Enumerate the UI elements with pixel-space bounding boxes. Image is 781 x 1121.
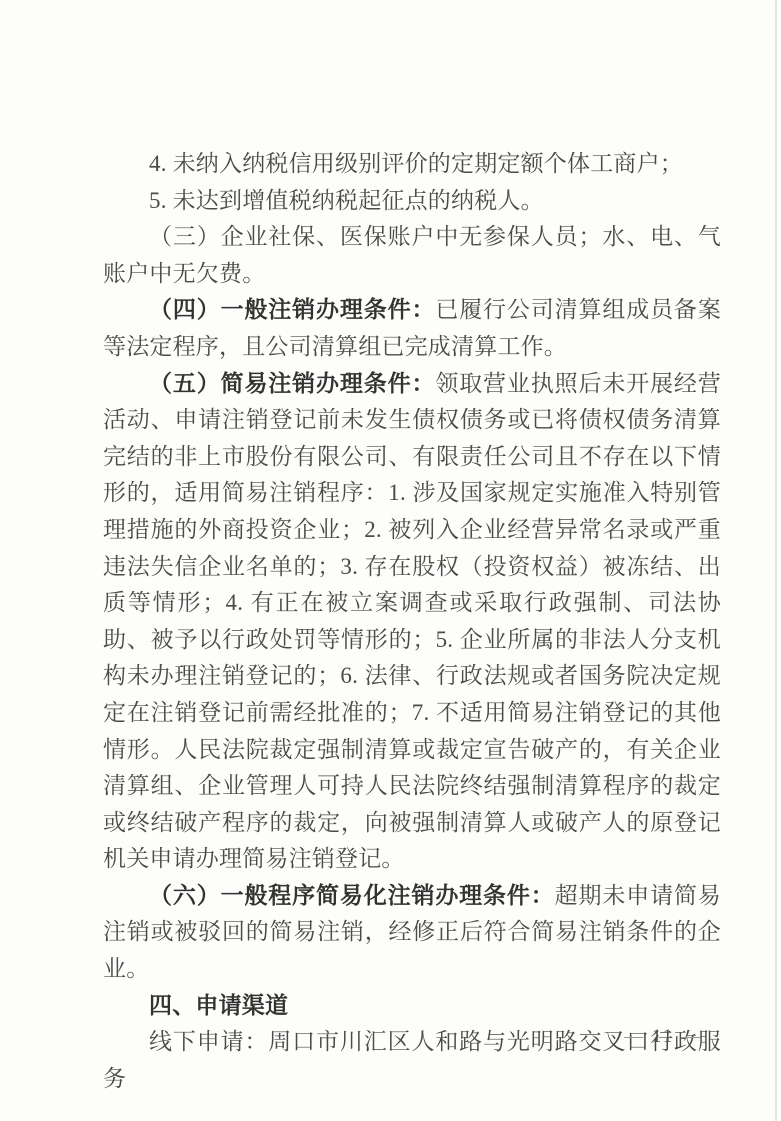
paragraph: （四）一般注销办理条件：已履行公司清算组成员备案等法定程序，且公司清算组已完成清… <box>103 292 721 365</box>
paragraph: （五）简易注销办理条件：领取营业执照后未开展经营活动、申请注销登记前未发生债权债… <box>103 366 721 878</box>
page-number-dash-left: — <box>624 1026 645 1047</box>
document-page: 4. 未纳入纳税信用级别评价的定期定额个体工商户；5. 未达到增值税纳税起征点的… <box>0 0 781 1121</box>
paragraph: 5. 未达到增值税纳税起征点的纳税人。 <box>103 183 721 220</box>
paragraph-lead-bold: 四、申请渠道 <box>149 993 288 1018</box>
paragraph-text: 5. 未达到增值税纳税起征点的纳税人。 <box>149 188 544 213</box>
page-number-value: 11 <box>652 1026 674 1047</box>
paragraph: （六）一般程序简易化注销办理条件：超期未申请简易注销或被驳回的简易注销，经修正后… <box>103 878 721 988</box>
paragraph-text: 领取营业执照后未开展经营活动、申请注销登记前未发生债权债务或已将债权债务清算完结… <box>103 371 721 872</box>
paragraph-text: （三）企业社保、医保账户中无参保人员；水、电、气账户中无欠费。 <box>103 224 721 286</box>
paragraph: 4. 未纳入纳税信用级别评价的定期定额个体工商户； <box>103 146 721 183</box>
paragraph-text: 4. 未纳入纳税信用级别评价的定期定额个体工商户； <box>149 151 683 176</box>
paragraph: （三）企业社保、医保账户中无参保人员；水、电、气账户中无欠费。 <box>103 219 721 292</box>
section-heading: 四、申请渠道 <box>103 988 721 1025</box>
document-body: 4. 未纳入纳税信用级别评价的定期定额个体工商户；5. 未达到增值税纳税起征点的… <box>103 146 721 1097</box>
paragraph-lead-bold: （五）简易注销办理条件： <box>149 371 435 396</box>
paragraph-lead-bold: （四）一般注销办理条件： <box>149 297 435 322</box>
scan-edge-artifact <box>775 0 777 1121</box>
paragraph-lead-bold: （六）一般程序简易化注销办理条件： <box>149 883 555 908</box>
page-number: — 11 — <box>624 1025 702 1049</box>
page-number-dash-right: — <box>681 1026 702 1047</box>
